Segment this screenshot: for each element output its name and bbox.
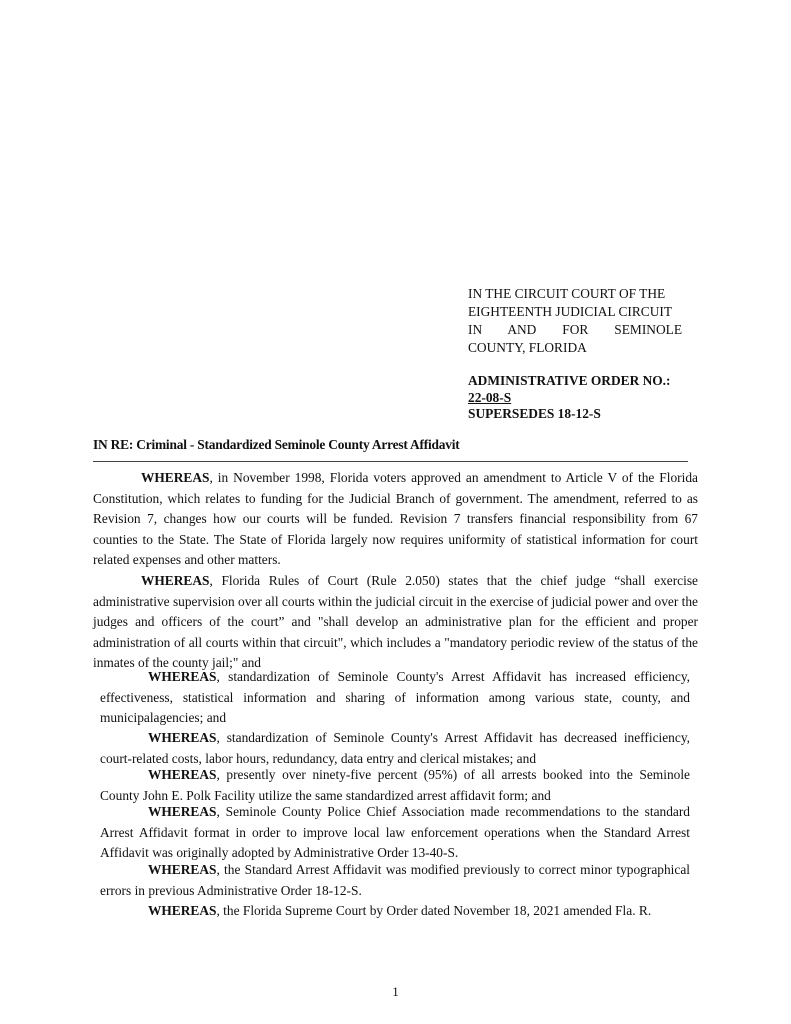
whereas-paragraph: WHEREAS, in November 1998, Florida voter… xyxy=(93,468,698,571)
whereas-paragraph: WHEREAS, presently over ninety-five perc… xyxy=(100,765,690,806)
whereas-lead: WHEREAS xyxy=(148,804,216,819)
whereas-paragraph: WHEREAS, standardization of Seminole Cou… xyxy=(100,667,690,729)
whereas-lead: WHEREAS xyxy=(148,903,216,918)
paragraph-text: , the Florida Supreme Court by Order dat… xyxy=(216,903,651,918)
order-label: ADMINISTRATIVE ORDER NO.: xyxy=(468,373,708,390)
caption-line: COUNTY, FLORIDA xyxy=(468,339,682,357)
whereas-paragraph: WHEREAS, Florida Rules of Court (Rule 2.… xyxy=(93,571,698,674)
heading-divider xyxy=(93,461,688,462)
court-caption: IN THE CIRCUIT COURT OF THE EIGHTEENTH J… xyxy=(468,285,682,357)
caption-line: IN AND FOR SEMINOLE xyxy=(468,321,682,339)
caption-line: IN THE CIRCUIT COURT OF THE xyxy=(468,285,682,303)
whereas-lead: WHEREAS xyxy=(141,470,209,485)
administrative-order-block: ADMINISTRATIVE ORDER NO.: 22-08-S SUPERS… xyxy=(468,373,708,423)
page-number: 1 xyxy=(0,984,791,1000)
order-number: 22-08-S xyxy=(468,390,708,407)
whereas-lead: WHEREAS xyxy=(141,573,209,588)
caption-line: EIGHTEENTH JUDICIAL CIRCUIT xyxy=(468,303,682,321)
whereas-paragraph: WHEREAS, the Florida Supreme Court by Or… xyxy=(100,901,690,922)
whereas-lead: WHEREAS xyxy=(148,669,216,684)
whereas-lead: WHEREAS xyxy=(148,767,216,782)
whereas-paragraph: WHEREAS, standardization of Seminole Cou… xyxy=(100,728,690,769)
supersedes-line: SUPERSEDES 18-12-S xyxy=(468,406,708,423)
whereas-paragraph: WHEREAS, Seminole County Police Chief As… xyxy=(100,802,690,864)
whereas-lead: WHEREAS xyxy=(148,730,216,745)
in-re-heading: IN RE: Criminal - Standardized Seminole … xyxy=(93,437,460,453)
whereas-paragraph: WHEREAS, the Standard Arrest Affidavit w… xyxy=(100,860,690,901)
whereas-lead: WHEREAS xyxy=(148,862,216,877)
